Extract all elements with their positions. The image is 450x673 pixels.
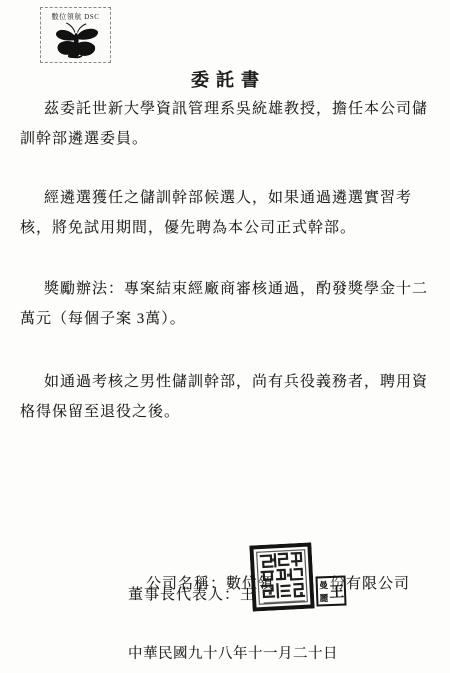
paragraph-2-line-2: 核，將免試用期間，優先聘為本公司正式幹部。	[20, 219, 356, 238]
representative-line: 董事長代表人：王	[128, 583, 256, 604]
company-seal-stamp	[249, 542, 314, 611]
paragraph-1-line-2: 訓幹部遴選委員。	[20, 130, 148, 149]
paragraph-2-line-1: 經遴選獲任之儲訓幹部候選人，如果通過遴選實習考	[44, 189, 412, 208]
paragraph-4-line-2: 格得保留至退役之後。	[20, 403, 180, 422]
paragraph-1-line-1: 茲委託世新大學資訊管理系吳統雄教授，擔任本公司儲	[44, 100, 428, 119]
paragraph-3-line-1: 獎勵辦法：專案結束經廠商審核通過，酌發獎學金十二	[44, 280, 428, 299]
name-seal-char-man: 曼	[319, 580, 328, 590]
name-seal-stamp: 曼 麗 王	[315, 575, 346, 606]
name-seal-char-wang: 王	[329, 578, 344, 604]
butterfly-icon	[53, 21, 101, 66]
scanned-document-page: 數位領航 DSC 委託書	[0, 0, 450, 673]
document-title: 委託書	[0, 66, 450, 92]
date-line: 中華民國九十八年十一月二十日	[128, 642, 338, 663]
name-seal-char-li: 麗	[319, 593, 328, 603]
paragraph-4-line-1: 如通過考核之男性儲訓幹部，尚有兵役義務者，聘用資	[44, 373, 428, 392]
company-logo-box: 數位領航 DSC	[40, 7, 111, 63]
paragraph-3-line-2: 萬元（每個子案 3萬）。	[20, 310, 186, 329]
